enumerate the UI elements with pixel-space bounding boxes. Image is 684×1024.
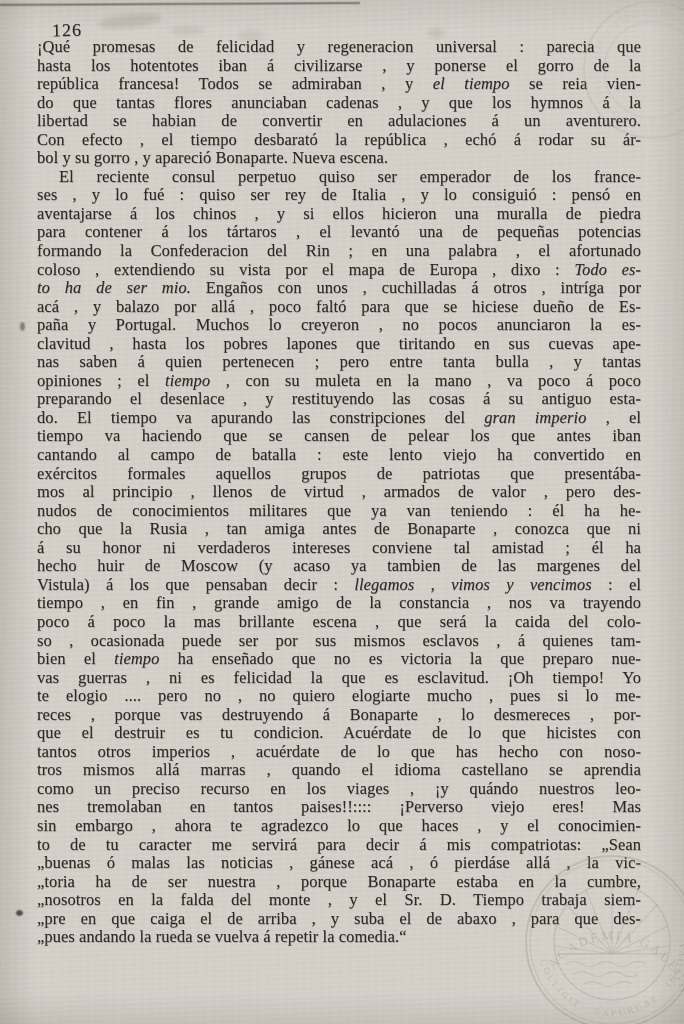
text-line: „nosotros en la falda del monte , y el S… (37, 891, 641, 910)
text-line: formando la Confederacion del Rin ; en u… (37, 242, 641, 261)
text-line: exércitos formales aquellos grupos de pa… (37, 465, 641, 484)
paragraph: El reciente consul perpetuo quiso ser em… (37, 168, 641, 947)
text-block: ¡Qué promesas de felicidad y regeneracio… (37, 38, 641, 947)
text-line: poco á poco la mas brillante escena , qu… (37, 613, 641, 632)
text-line: hecho huir de Moscow (y acaso ya tambien… (37, 557, 641, 576)
text-line: so , ocasionada puede ser por sus mismos… (37, 632, 641, 651)
text-line: reces , porque vas destruyendo á Bonapar… (37, 706, 641, 725)
text-line: tiempo , en fin , grande amigo de la con… (37, 594, 641, 613)
text-line: preparando el desenlace , y restituyendo… (37, 390, 641, 409)
text-line: para contener á los tártaros , el levant… (37, 223, 641, 242)
text-line: nudos de conocimientos militares que ya … (37, 502, 641, 521)
text-line: do que tantas flores anunciaban cadenas … (37, 94, 641, 113)
text-line: Vistula) á los que pensaban decir : lleg… (37, 576, 641, 595)
text-line: El reciente consul perpetuo quiso ser em… (37, 168, 641, 187)
text-line: ¡Qué promesas de felicidad y regeneracio… (37, 38, 641, 57)
text-line: bol y su gorro , y apareció Bonaparte. N… (37, 149, 641, 168)
text-line: do. El tiempo va apurando las constripci… (37, 409, 641, 428)
text-line: „toria ha de ser nuestra , porque Bonapa… (37, 873, 641, 892)
text-line: hasta los hotentotes iban á civilizarse … (37, 57, 641, 76)
text-line: paña y Portugal. Muchos lo creyeron , no… (37, 316, 641, 335)
text-line: Con efecto , el tiempo desbarató la repú… (37, 131, 641, 150)
text-line: nes tremolaban en tantos paises!!:::: ¡P… (37, 798, 641, 817)
text-line: acá , y balazo por allá , poco faltó par… (37, 298, 641, 317)
text-line: te elogio .... pero no , no quiero elogi… (37, 687, 641, 706)
text-line: „buenas ó malas las noticias , gánese ac… (37, 854, 641, 873)
text-line: tros mismos allá marras , quando el idio… (37, 761, 641, 780)
text-line: libertad se habian de convertir en adula… (37, 112, 641, 131)
text-line: aventajarse á los chinos , y si ellos hi… (37, 205, 641, 224)
ink-speck (20, 322, 25, 331)
text-line: cantando al campo de batalla : este lent… (37, 446, 641, 465)
text-line: tantos otros imperios , acuérdate de lo … (37, 743, 641, 762)
text-line: „pre en que caiga el de arriba , y suba … (37, 910, 641, 929)
scanned-book-page: 126 ¡Qué promesas de felicidad y regener… (0, 0, 684, 1024)
text-line: cho que la Rusia , tan amiga antes de Bo… (37, 520, 641, 539)
text-line: bien el tiempo ha enseñado que no es vic… (37, 650, 641, 669)
page-top-edge (0, 2, 360, 6)
text-line: „pues andando la rueda se vuelva á repet… (37, 928, 641, 947)
ink-bleedthrough-smudge (97, 11, 162, 32)
text-line: mos al principio , llenos de virtud , ar… (37, 483, 641, 502)
paragraph: ¡Qué promesas de felicidad y regeneracio… (37, 38, 641, 168)
text-line: república francesa! Todos se admiraban ,… (37, 75, 641, 94)
ink-speck (16, 910, 23, 916)
text-line: que el destruir es tu condicion. Acuérda… (37, 724, 641, 743)
text-line: sin embargo , ahora te agradezco lo que … (37, 817, 641, 836)
text-line: nas saben á quien pertenecen ; pero entr… (37, 353, 641, 372)
text-line: opiniones ; el tiempo , con su muleta en… (37, 372, 641, 391)
text-line: á su honor ni verdaderos intereses convi… (37, 539, 641, 558)
text-line: vas guerras , ni es felicidad la que es … (37, 669, 641, 688)
text-line: clavitud , hasta los pobres lapones que … (37, 335, 641, 354)
text-line: tiempo va haciendo que se cansen de pele… (37, 427, 641, 446)
text-line: ses , y lo fué : quiso ser rey de Italia… (37, 186, 641, 205)
ink-bleedthrough-smudge (170, 26, 204, 35)
text-line: to ha de ser mio. Engaños con unos , cuc… (37, 279, 641, 298)
text-line: como un preciso recurso en los viages , … (37, 780, 641, 799)
text-line: coloso , extendiendo su vista por el map… (37, 261, 641, 280)
text-line: to de tu caracter me servirá para decir … (37, 836, 641, 855)
